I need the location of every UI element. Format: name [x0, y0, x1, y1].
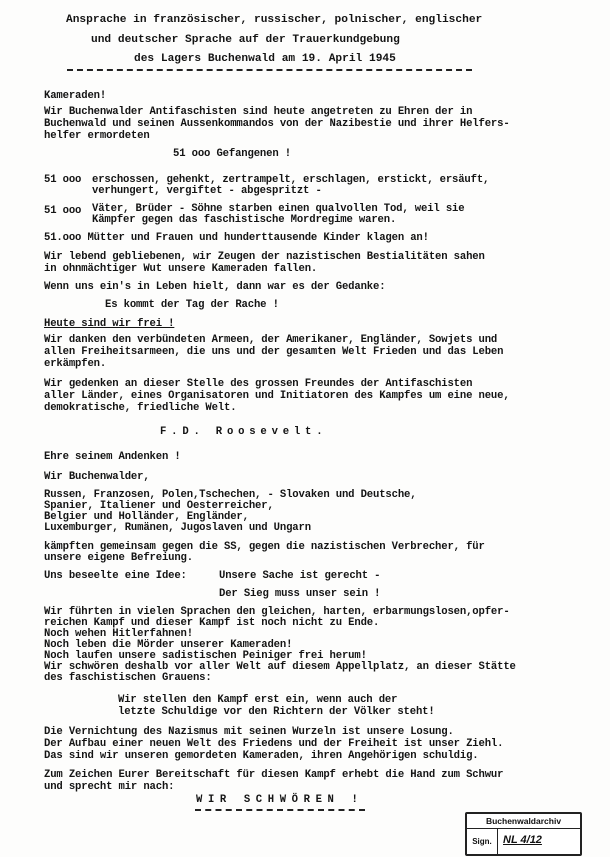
- free-heading: Heute sind wir frei !: [44, 318, 174, 330]
- paragraph-5-line: Wir gedenken an dieser Stelle des grosse…: [44, 378, 472, 390]
- oath-quote-line: Wir stellen den Kampf erst ein, wenn auc…: [118, 694, 397, 706]
- paragraph-5-line: aller Länder, eines Organisatoren und In…: [44, 390, 510, 402]
- paragraph-10-line: und sprecht mir nach:: [44, 781, 174, 793]
- list-1-line: verhungert, vergiftet - abgespritzt -: [92, 185, 322, 197]
- title-line-2: und deutscher Sprache auf der Trauerkund…: [91, 34, 400, 46]
- signature-label: Sign.: [467, 829, 498, 854]
- paragraph-9-line: Der Aufbau einer neuen Welt des Friedens…: [44, 738, 503, 750]
- paragraph-2-line: in ohnmächtiger Wut unsere Kameraden fal…: [44, 263, 317, 275]
- paragraph-3: Wenn uns ein's in Leben hielt, dann war …: [44, 281, 385, 293]
- paragraph-8-line: des faschistischen Grauens:: [44, 672, 212, 684]
- title-line-1: Ansprache in französischer, russischer, …: [66, 14, 482, 26]
- honor-line: Ehre seinem Andenken !: [44, 451, 181, 463]
- archive-name: Buchenwaldarchiv: [467, 814, 580, 829]
- paragraph-9-line: Die Vernichtung des Nazismus mit seinen …: [44, 726, 454, 738]
- idea-line-2: Der Sieg muss unser sein !: [219, 588, 380, 600]
- paragraph-6: Wir Buchenwalder,: [44, 471, 150, 483]
- salutation: Kameraden!: [44, 90, 106, 102]
- idea-label: Uns beseelte eine Idee:: [44, 570, 187, 582]
- paragraph-4-line: Wir danken den verbündeten Armeen, der A…: [44, 334, 497, 346]
- paragraph-4-line: erkämpfen.: [44, 358, 106, 370]
- paragraph-9-line: Das sind wir unseren gemordeten Kamerade…: [44, 750, 479, 762]
- oath-rule: [195, 809, 365, 811]
- idea-line-1: Unsere Sache ist gerecht -: [219, 570, 380, 582]
- paragraph-5-line: demokratische, friedliche Welt.: [44, 402, 236, 414]
- list-2-number: 51 ooo: [44, 205, 81, 217]
- nations-line: Luxemburger, Rumänen, Jugoslaven und Ung…: [44, 522, 311, 534]
- document-page: Ansprache in französischer, russischer, …: [0, 0, 610, 857]
- prisoners-count: 51 ooo Gefangenen !: [173, 148, 291, 160]
- list-3-line: 51.ooo Mütter und Frauen und hunderttaus…: [44, 232, 429, 244]
- paragraph-2-line: Wir lebend gebliebenen, wir Zeugen der n…: [44, 251, 485, 263]
- title-rule: [67, 69, 472, 71]
- paragraph-4-line: allen Freiheitsarmeen, die uns und der g…: [44, 346, 503, 358]
- paragraph-1-line: Buchenwald und seinen Aussenkommandos vo…: [44, 118, 510, 130]
- paragraph-7-line: unsere eigene Befreiung.: [44, 552, 193, 564]
- list-2-line: Kämpfer gegen das faschistische Mordregi…: [92, 214, 396, 226]
- revenge-line: Es kommt der Tag der Rache !: [105, 299, 279, 311]
- list-1-number: 51 ooo: [44, 174, 81, 186]
- roosevelt-name: F.D. Roosevelt.: [160, 426, 327, 438]
- signature-value: NL 4/12: [503, 831, 573, 849]
- paragraph-10-line: Zum Zeichen Eurer Bereitschaft für diese…: [44, 769, 503, 781]
- archive-stamp: Buchenwaldarchiv Sign. NL 4/12: [465, 812, 582, 856]
- paragraph-1-line: Wir Buchenwalder Antifaschisten sind heu…: [44, 106, 472, 118]
- oath-quote-line: letzte Schuldige vor den Richtern der Vö…: [118, 706, 435, 718]
- oath-line: WIR SCHWÖREN !: [196, 794, 363, 806]
- paragraph-1-line: helfer ermordeten: [44, 130, 150, 142]
- title-line-3: des Lagers Buchenwald am 19. April 1945: [134, 53, 396, 65]
